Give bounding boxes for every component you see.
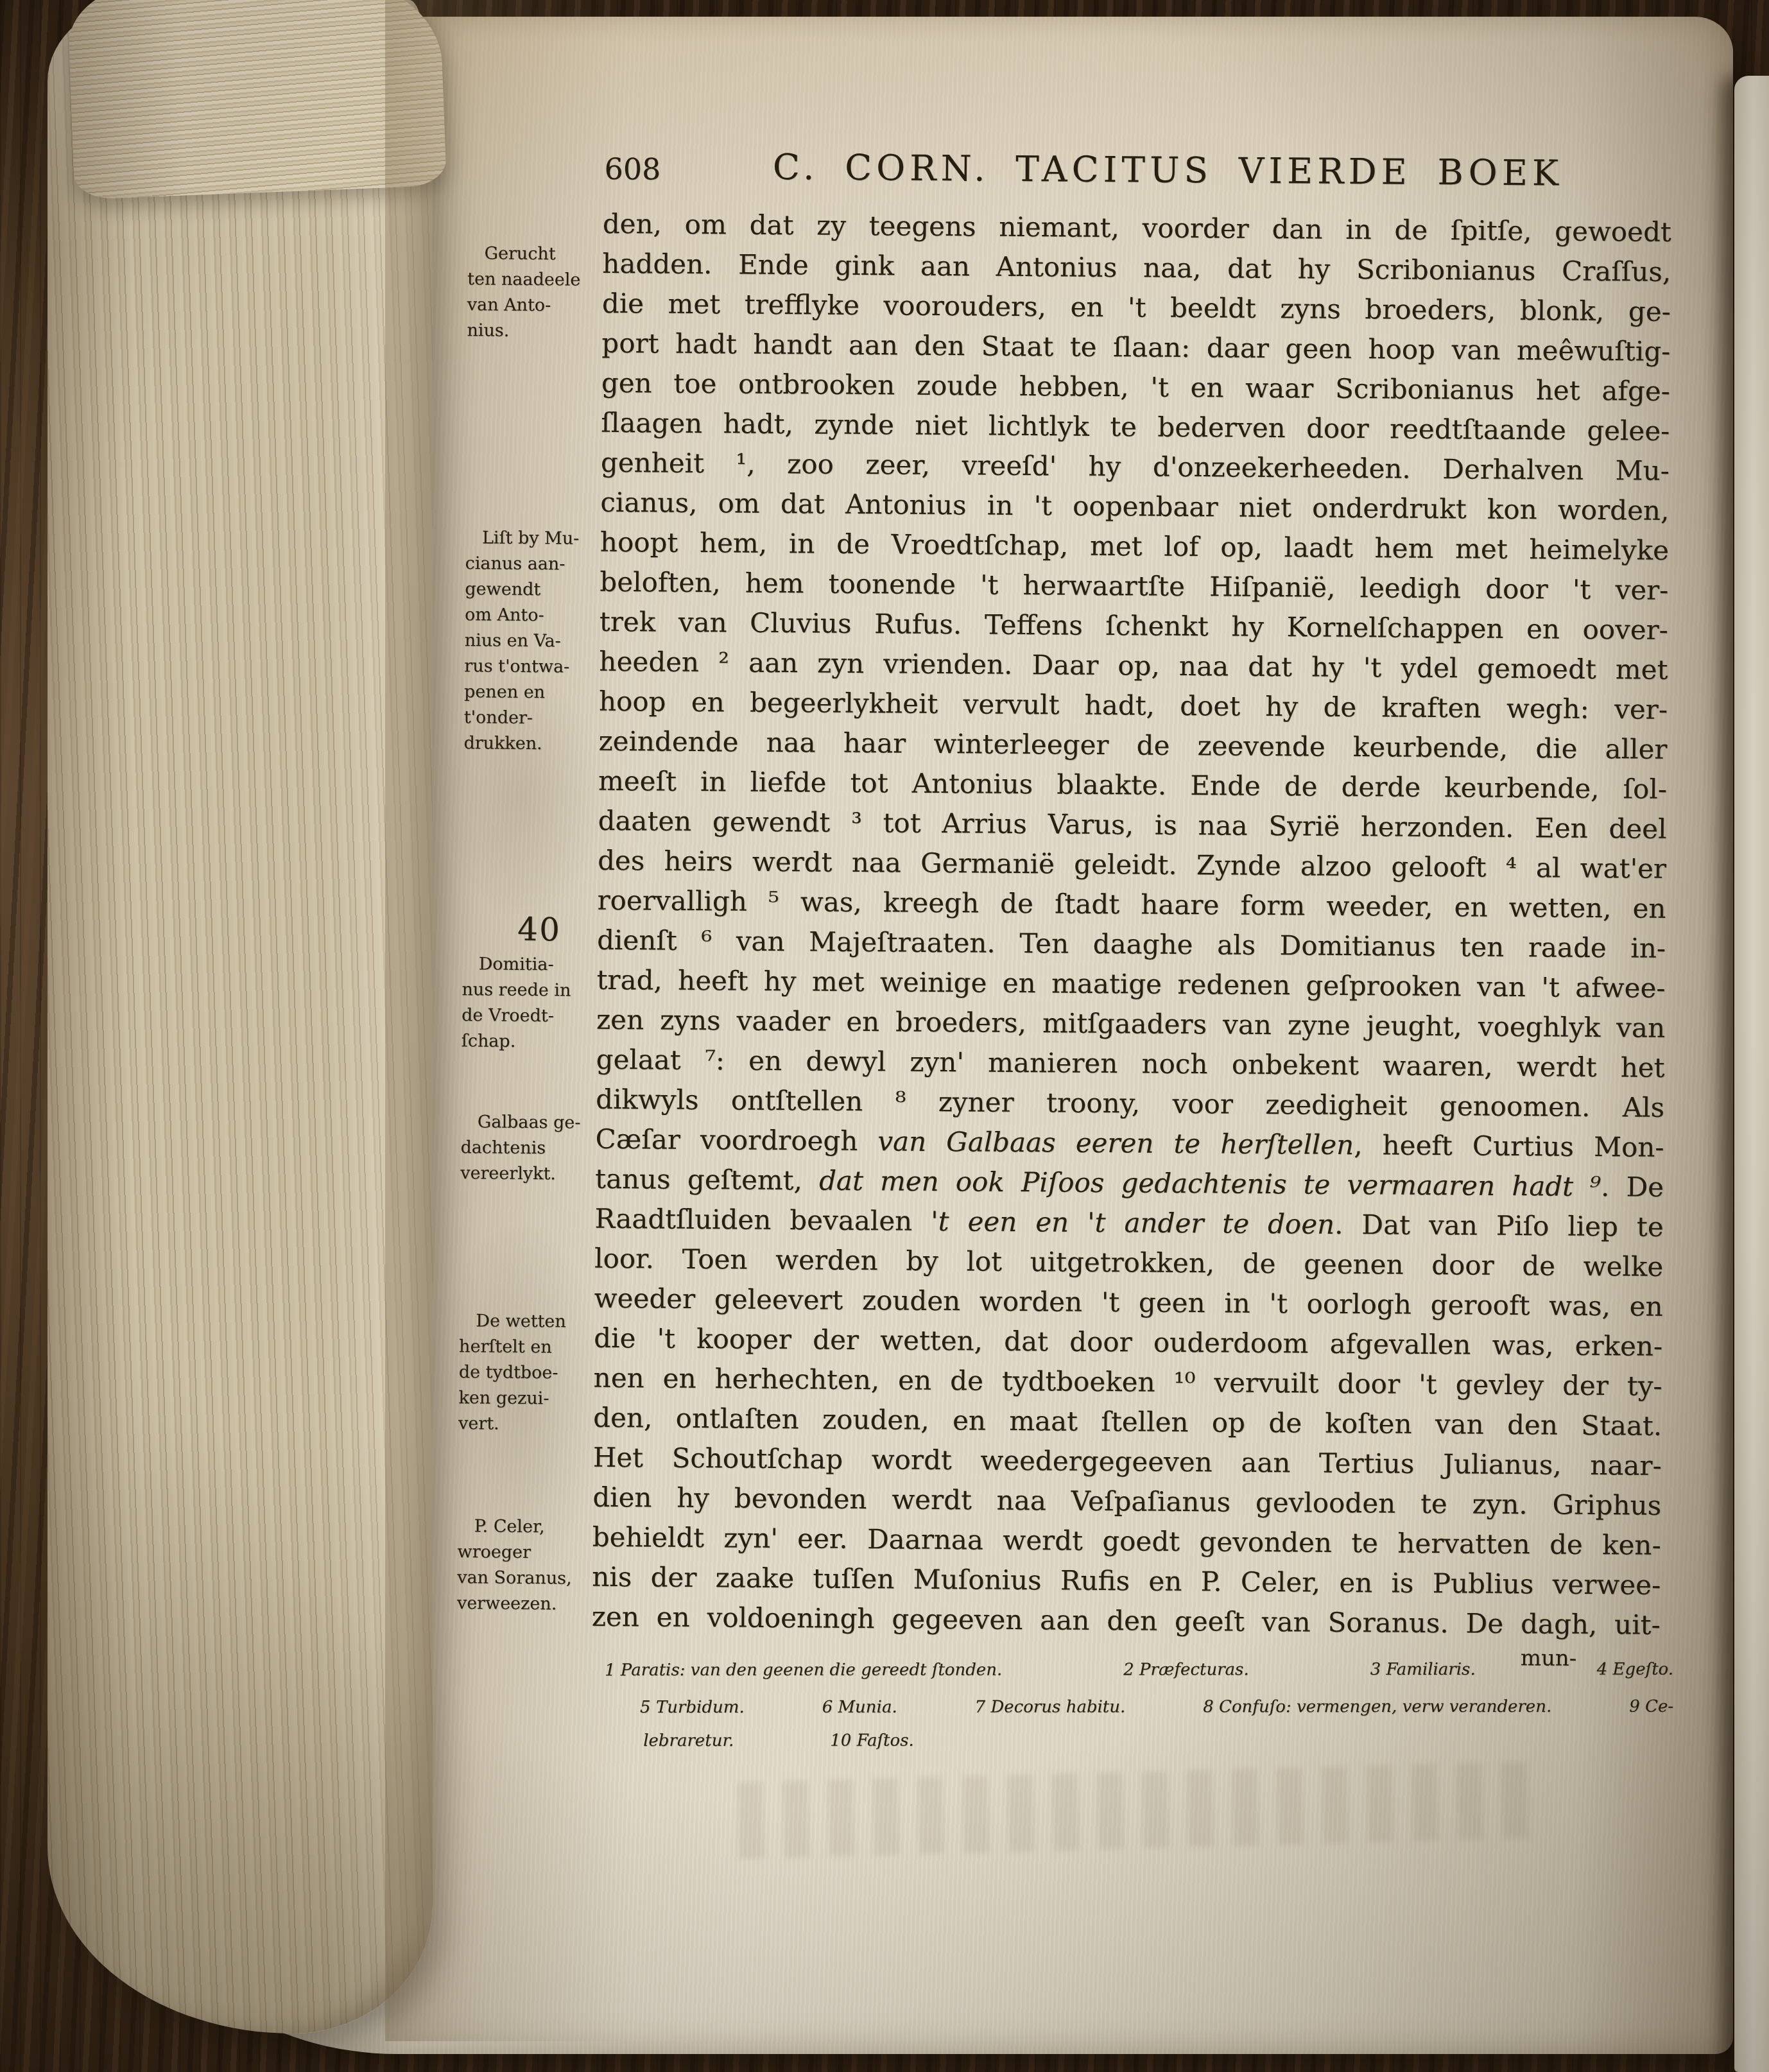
text-segment: loor. Toen werden by lot uitgetrokken, d… [594, 1243, 1663, 1282]
margin-note-line: Domitia- [462, 951, 613, 978]
text-segment: des heirs werdt naa Germanië geleidt. Zy… [598, 845, 1666, 885]
text-segment: nis der zaake tuſſen Muſonius Rufis en P… [592, 1561, 1661, 1601]
text-segment: weeder geleevert zouden worden 't geen i… [594, 1282, 1663, 1322]
text-segment: dat men ook Piſoos gedachtenis te vermaa… [819, 1165, 1601, 1203]
margin-note-line: rus t'ontwa- [464, 653, 615, 680]
margin-note-line: nius en Va- [465, 628, 616, 655]
footnote-item: 1 Paratis: van den geenen die gereedt ſt… [605, 1661, 1002, 1680]
margin-note-line: verweezen. [457, 1591, 608, 1618]
margin-note-line: nius. [467, 318, 617, 345]
margin-notes-column: Geruchtten naadeelevan Anto-nius.Liſt by… [435, 128, 603, 1991]
footnote-item: lebraretur. [643, 1731, 734, 1750]
margin-note-line: dachtenis [460, 1135, 611, 1162]
text-segment: trek van Cluvius Rufus. Teffens ſchenkt … [600, 606, 1668, 646]
footnote-row: 5 Turbidum.6 Munia.7 Decorus habitu.8 Co… [605, 1697, 1673, 1717]
text-segment: ſlaagen hadt, zynde niet lichtlyk te bed… [601, 407, 1670, 447]
text-segment: hadden. Ende gink aan Antonius naa, dat … [602, 248, 1671, 288]
margin-note-line: P. Celer, [458, 1514, 608, 1541]
footnote-item: 6 Munia. [822, 1698, 897, 1717]
margin-note-line: de Vroedt- [462, 1003, 612, 1030]
footnote-item: 10 Faſtos. [830, 1731, 913, 1750]
margin-note-line: Gerucht [467, 241, 618, 268]
margin-note: P. Celer,wroegervan Soranus,verweezen. [457, 1514, 608, 1618]
text-segment: meeſt in liefde tot Antonius blaakte. En… [598, 765, 1667, 805]
margin-note-line: van Anto- [467, 292, 618, 319]
margin-note-line: om Anto- [465, 602, 616, 629]
page-edges-stack [47, 0, 433, 2033]
margin-note: De wettenherſtelt ende tydtboe-ken gezui… [458, 1308, 610, 1438]
margin-note-line: herſtelt en [459, 1334, 610, 1361]
footnote-row: 1 Paratis: van den geenen die gereedt ſt… [605, 1660, 1673, 1680]
next-page-edge [1734, 76, 1769, 2072]
body-line: zen en voldoeningh gegeeven aan den geeſ… [592, 1597, 1661, 1645]
footnote-item: 8 Confuſo: vermengen, verw veranderen. [1203, 1697, 1551, 1716]
body-text: den, om dat zy teegens niemant, voorder … [592, 204, 1671, 1645]
text-segment: trad, heeft hy met weinige en maatige re… [596, 964, 1665, 1004]
text-segment: cianus, om dat Antonius in 't oopenbaar … [600, 487, 1669, 526]
text-segment: genheit ¹, zoo zeer, vreeſd' hy d'onzeek… [601, 447, 1670, 487]
margin-note: Domitia-nus reede inde Vroedt-ſchap. [462, 951, 613, 1055]
text-segment: nen en herhechten, en de tydtboeken ¹⁰ v… [594, 1362, 1662, 1402]
text-segment: daaten gewendt ³ tot Arrius Varus, is na… [598, 805, 1666, 845]
text-segment: zeindende naa haar winterleeger de zeeve… [598, 725, 1667, 765]
text-segment: gelaat ⁷: en dewyl zyn' manieren noch on… [596, 1044, 1664, 1083]
margin-note: Liſt by Mu-cianus aan-gewendtom Anto-niu… [463, 525, 616, 757]
margin-note: Geruchtten naadeelevan Anto-nius. [467, 241, 618, 345]
footnote-row: lebraretur.10 Faſtos. [605, 1731, 1712, 1751]
margin-note-line: ſchap. [462, 1028, 612, 1055]
footnote-item: 5 Turbidum. [640, 1698, 745, 1717]
margin-note-line: vert. [458, 1411, 609, 1438]
text-segment: behieldt zyn' eer. Daarnaa werdt goedt g… [592, 1521, 1661, 1561]
text-segment: den, om dat zy teegens niemant, voorder … [603, 208, 1671, 248]
margin-note-line: de tydtboe- [459, 1360, 610, 1386]
text-segment: dikwyls ontſtellen ⁸ zyner troony, voor … [596, 1083, 1664, 1123]
margin-note-line: ken gezui- [458, 1385, 609, 1412]
margin-note-line: nus reede in [462, 977, 612, 1004]
margin-note-line: t'onder- [464, 705, 615, 732]
text-segment: 't een en 't ander te doen [931, 1205, 1334, 1240]
margin-note: Galbaas ge-dachtenisvereerlykt. [460, 1109, 612, 1187]
text-segment: hoop en begeerlykheit vervult hadt, doet… [599, 686, 1668, 725]
footnote-item: 3 Familiaris. [1370, 1660, 1476, 1679]
text-segment: tanus geſtemt, [595, 1163, 819, 1196]
text-segment: Cæſar voordroegh [595, 1123, 877, 1157]
text-segment: gen toe ontbrooken zoude hebben, 't en w… [601, 367, 1670, 407]
text-segment: Raadtſluiden bevaalen [594, 1203, 931, 1237]
text-segment: den, ontlaſten zouden, en maat ſtellen o… [593, 1402, 1662, 1442]
section-number: 40 [517, 911, 561, 949]
margin-note-line: gewendt [465, 576, 616, 603]
text-segment: zen en voldoeningh gegeeven aan den geeſ… [592, 1601, 1661, 1641]
margin-note-line: vereerlykt. [460, 1161, 611, 1187]
footnote-item: 7 Decorus habitu. [975, 1697, 1126, 1716]
photo-of-book: 608 C. CORN. TACITUS VIERDE BOEK Gerucht… [0, 0, 1769, 2072]
margin-note-line: Galbaas ge- [461, 1109, 612, 1136]
page-edges-top [67, 0, 447, 200]
margin-note-line: Liſt by Mu- [465, 525, 616, 552]
printed-text-layer: 608 C. CORN. TACITUS VIERDE BOEK Gerucht… [435, 128, 1672, 2038]
text-segment: dienſt ⁶ van Majeſtraaten. Ten daaghe al… [597, 924, 1666, 964]
footnote-item: 4 Egeſto. [1597, 1660, 1673, 1679]
margin-note-line: De wetten [459, 1308, 610, 1335]
margin-note-line: wroeger [457, 1539, 608, 1566]
catchword: mun- [1521, 1645, 1577, 1671]
text-segment: , heeft Curtius Mon- [1354, 1129, 1664, 1163]
text-segment: van Galbaas eeren te herſtellen [877, 1125, 1354, 1161]
text-segment: heeden ² aan zyn vrienden. Daar op, naa … [599, 646, 1668, 686]
footnote-item: 2 Præfecturas. [1123, 1660, 1249, 1679]
margin-note-line: drukken. [463, 730, 614, 757]
running-title: C. CORN. TACITUS VIERDE BOEK [641, 145, 1694, 194]
text-segment: die met trefflyke voorouders, en 't beel… [602, 288, 1671, 327]
text-segment: Het Schoutſchap wordt weedergegeeven aan… [593, 1442, 1662, 1481]
text-segment: . Dat van Piſo liep te [1334, 1209, 1664, 1243]
text-segment: port hadt handt aan den Staat te ſlaan: … [601, 327, 1670, 367]
margin-note-line: penen en [464, 679, 615, 706]
footnote-item: 9 Ce- [1629, 1697, 1673, 1716]
text-segment: . De [1601, 1171, 1664, 1203]
text-segment: die 't kooper der wetten, dat door ouder… [594, 1322, 1662, 1362]
text-segment: dien hy bevonden werdt naa Veſpaſianus g… [592, 1481, 1661, 1521]
margin-note-line: cianus aan- [465, 551, 616, 578]
text-segment: hoopt hem, in de Vroedtſchap, met lof op… [600, 526, 1669, 566]
text-segment: beloften, hem toonende 't herwaartſte Hi… [600, 566, 1668, 606]
margin-note-line: van Soranus, [457, 1565, 608, 1592]
text-segment: roervalligh ⁵ was, kreegh de ſtadt haare… [597, 885, 1666, 924]
margin-note-line: ten naadeele [467, 266, 618, 293]
text-segment: zen zyns vaader en broeders, mitſgaaders… [596, 1004, 1665, 1044]
